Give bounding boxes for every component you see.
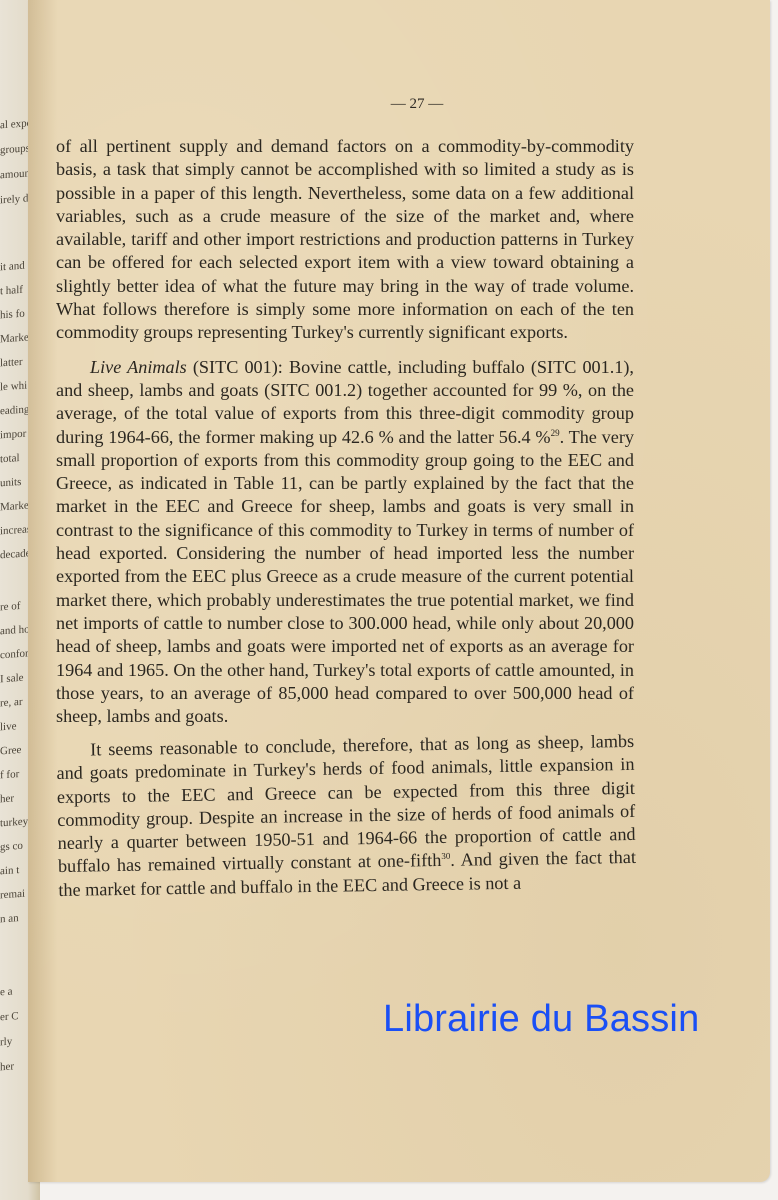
page-number: — 27 — bbox=[28, 96, 770, 113]
watermark-text: Librairie du Bassin bbox=[383, 998, 699, 1041]
footnote-marker: 29 bbox=[551, 428, 560, 438]
paragraph-live-animals: Live Animals (SITC 001): Bovine cattle, … bbox=[56, 356, 634, 729]
paragraph-text: . The very small proportion of exports f… bbox=[56, 427, 634, 727]
paragraph-conclusion: It seems reasonable to conclude, therefo… bbox=[56, 730, 636, 902]
section-heading-live-animals: Live Animals bbox=[90, 357, 187, 377]
paragraph-continuation: of all pertinent supply and demand facto… bbox=[56, 135, 634, 345]
body-text: of all pertinent supply and demand facto… bbox=[56, 135, 634, 903]
